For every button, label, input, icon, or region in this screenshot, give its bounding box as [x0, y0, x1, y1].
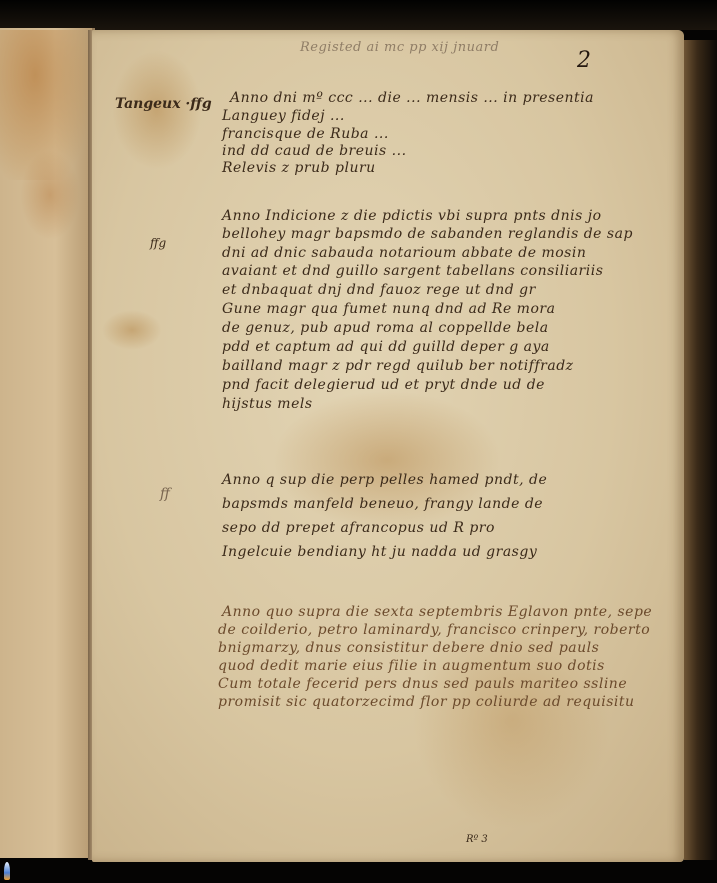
margin-note: ff: [160, 486, 170, 502]
text-line: Anno quo supra die sexta septembris Egla…: [222, 604, 652, 620]
text-line: francisque de Ruba ...: [222, 126, 389, 142]
top-dark-background: [0, 0, 717, 30]
text-line: sepo dd prepet afrancopus ud R pro: [222, 520, 495, 536]
text-line: quod dedit marie eius filie in augmentum…: [218, 658, 605, 674]
margin-note: ffg: [150, 236, 166, 250]
text-line: Anno Indicione z die pdictis vbi supra p…: [222, 208, 602, 224]
text-line: Gune magr qua fumet nunq dnd ad Re mora: [222, 301, 555, 317]
right-page-edges: [684, 40, 717, 860]
margin-note: Tangeux ·ffg: [115, 96, 212, 112]
text-line: et dnbaquat dnj dnd fauoz rege ut dnd gr: [222, 282, 536, 298]
text-line: bailland magr z pdr regd quilub ber noti…: [222, 358, 574, 374]
text-line: ind dd caud de breuis ...: [222, 143, 407, 159]
text-line: promisit sic quatorzecimd flor pp coliur…: [218, 694, 635, 710]
text-line: bellohey magr bapsmdo de sabanden reglan…: [222, 226, 633, 242]
text-line: Ingelcuie bendiany ht ju nadda ud grasgy: [222, 544, 537, 560]
header-note: Registed ai mc pp xij jnuard: [300, 40, 499, 55]
text-line: pdd et captum ad qui dd guilld deper g a…: [222, 339, 550, 355]
text-line: bapsmds manfeld beneuo, frangy lande de: [222, 496, 543, 512]
text-line: hijstus mels: [222, 396, 313, 412]
text-line: de genuz, pub apud roma al coppellde bel…: [222, 320, 549, 336]
text-line: bnigmarzy, dnus consistitur debere dnio …: [218, 640, 599, 656]
text-line: Anno q sup die perp pelles hamed pndt, d…: [222, 472, 547, 488]
text-line: dni ad dnic sabauda notarioum abbate de …: [222, 245, 586, 261]
text-line: Languey fidej ...: [222, 108, 345, 124]
text-line: de coilderio, petro laminardy, francisco…: [218, 622, 650, 638]
text-line: Anno dni mº ccc ... die ... mensis ... i…: [230, 90, 594, 106]
signature-mark: Rº 3: [466, 834, 488, 845]
text-line: pnd facit delegierud ud et pryt dnde ud …: [222, 377, 545, 393]
text-line: Cum totale fecerid pers dnus sed pauls m…: [218, 676, 627, 692]
water-stain: [20, 150, 80, 240]
flame-icon: [4, 862, 10, 880]
folio-number: 2: [577, 48, 591, 73]
text-line: avaiant et dnd guillo sargent tabellans …: [222, 263, 603, 279]
text-line: Relevis z prub pluru: [222, 160, 376, 176]
